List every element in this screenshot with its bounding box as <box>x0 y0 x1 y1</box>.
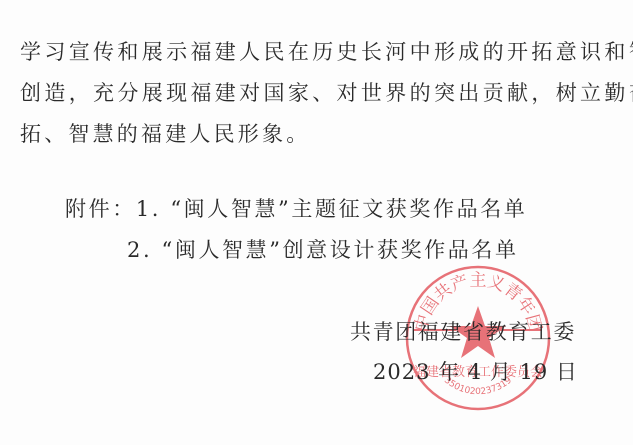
attachment-label: 附件： <box>65 197 136 221</box>
signature-organization: 共青团福建省教育工委 <box>350 322 576 343</box>
signature-date: 2023 年 4 月 19 日 <box>373 362 578 383</box>
paragraph-line-2: 创造，充分展现福建对国家、对世界的突出贡献，树立勤奋、开 <box>20 83 633 104</box>
attachment-title-1: 1. “闽人智慧”主题征文获奖作品名单 <box>136 197 528 221</box>
paragraph-line-3: 拓、智慧的福建人民形象。 <box>20 124 310 145</box>
attachment-item-2: 2. “闽人智慧”创意设计获奖作品名单 <box>127 240 519 261</box>
attachment-item-1: 附件：1. “闽人智慧”主题征文获奖作品名单 <box>65 199 527 220</box>
paragraph-line-1: 学习宣传和展示福建人民在历史长河中形成的开拓意识和智慧 <box>20 42 633 63</box>
